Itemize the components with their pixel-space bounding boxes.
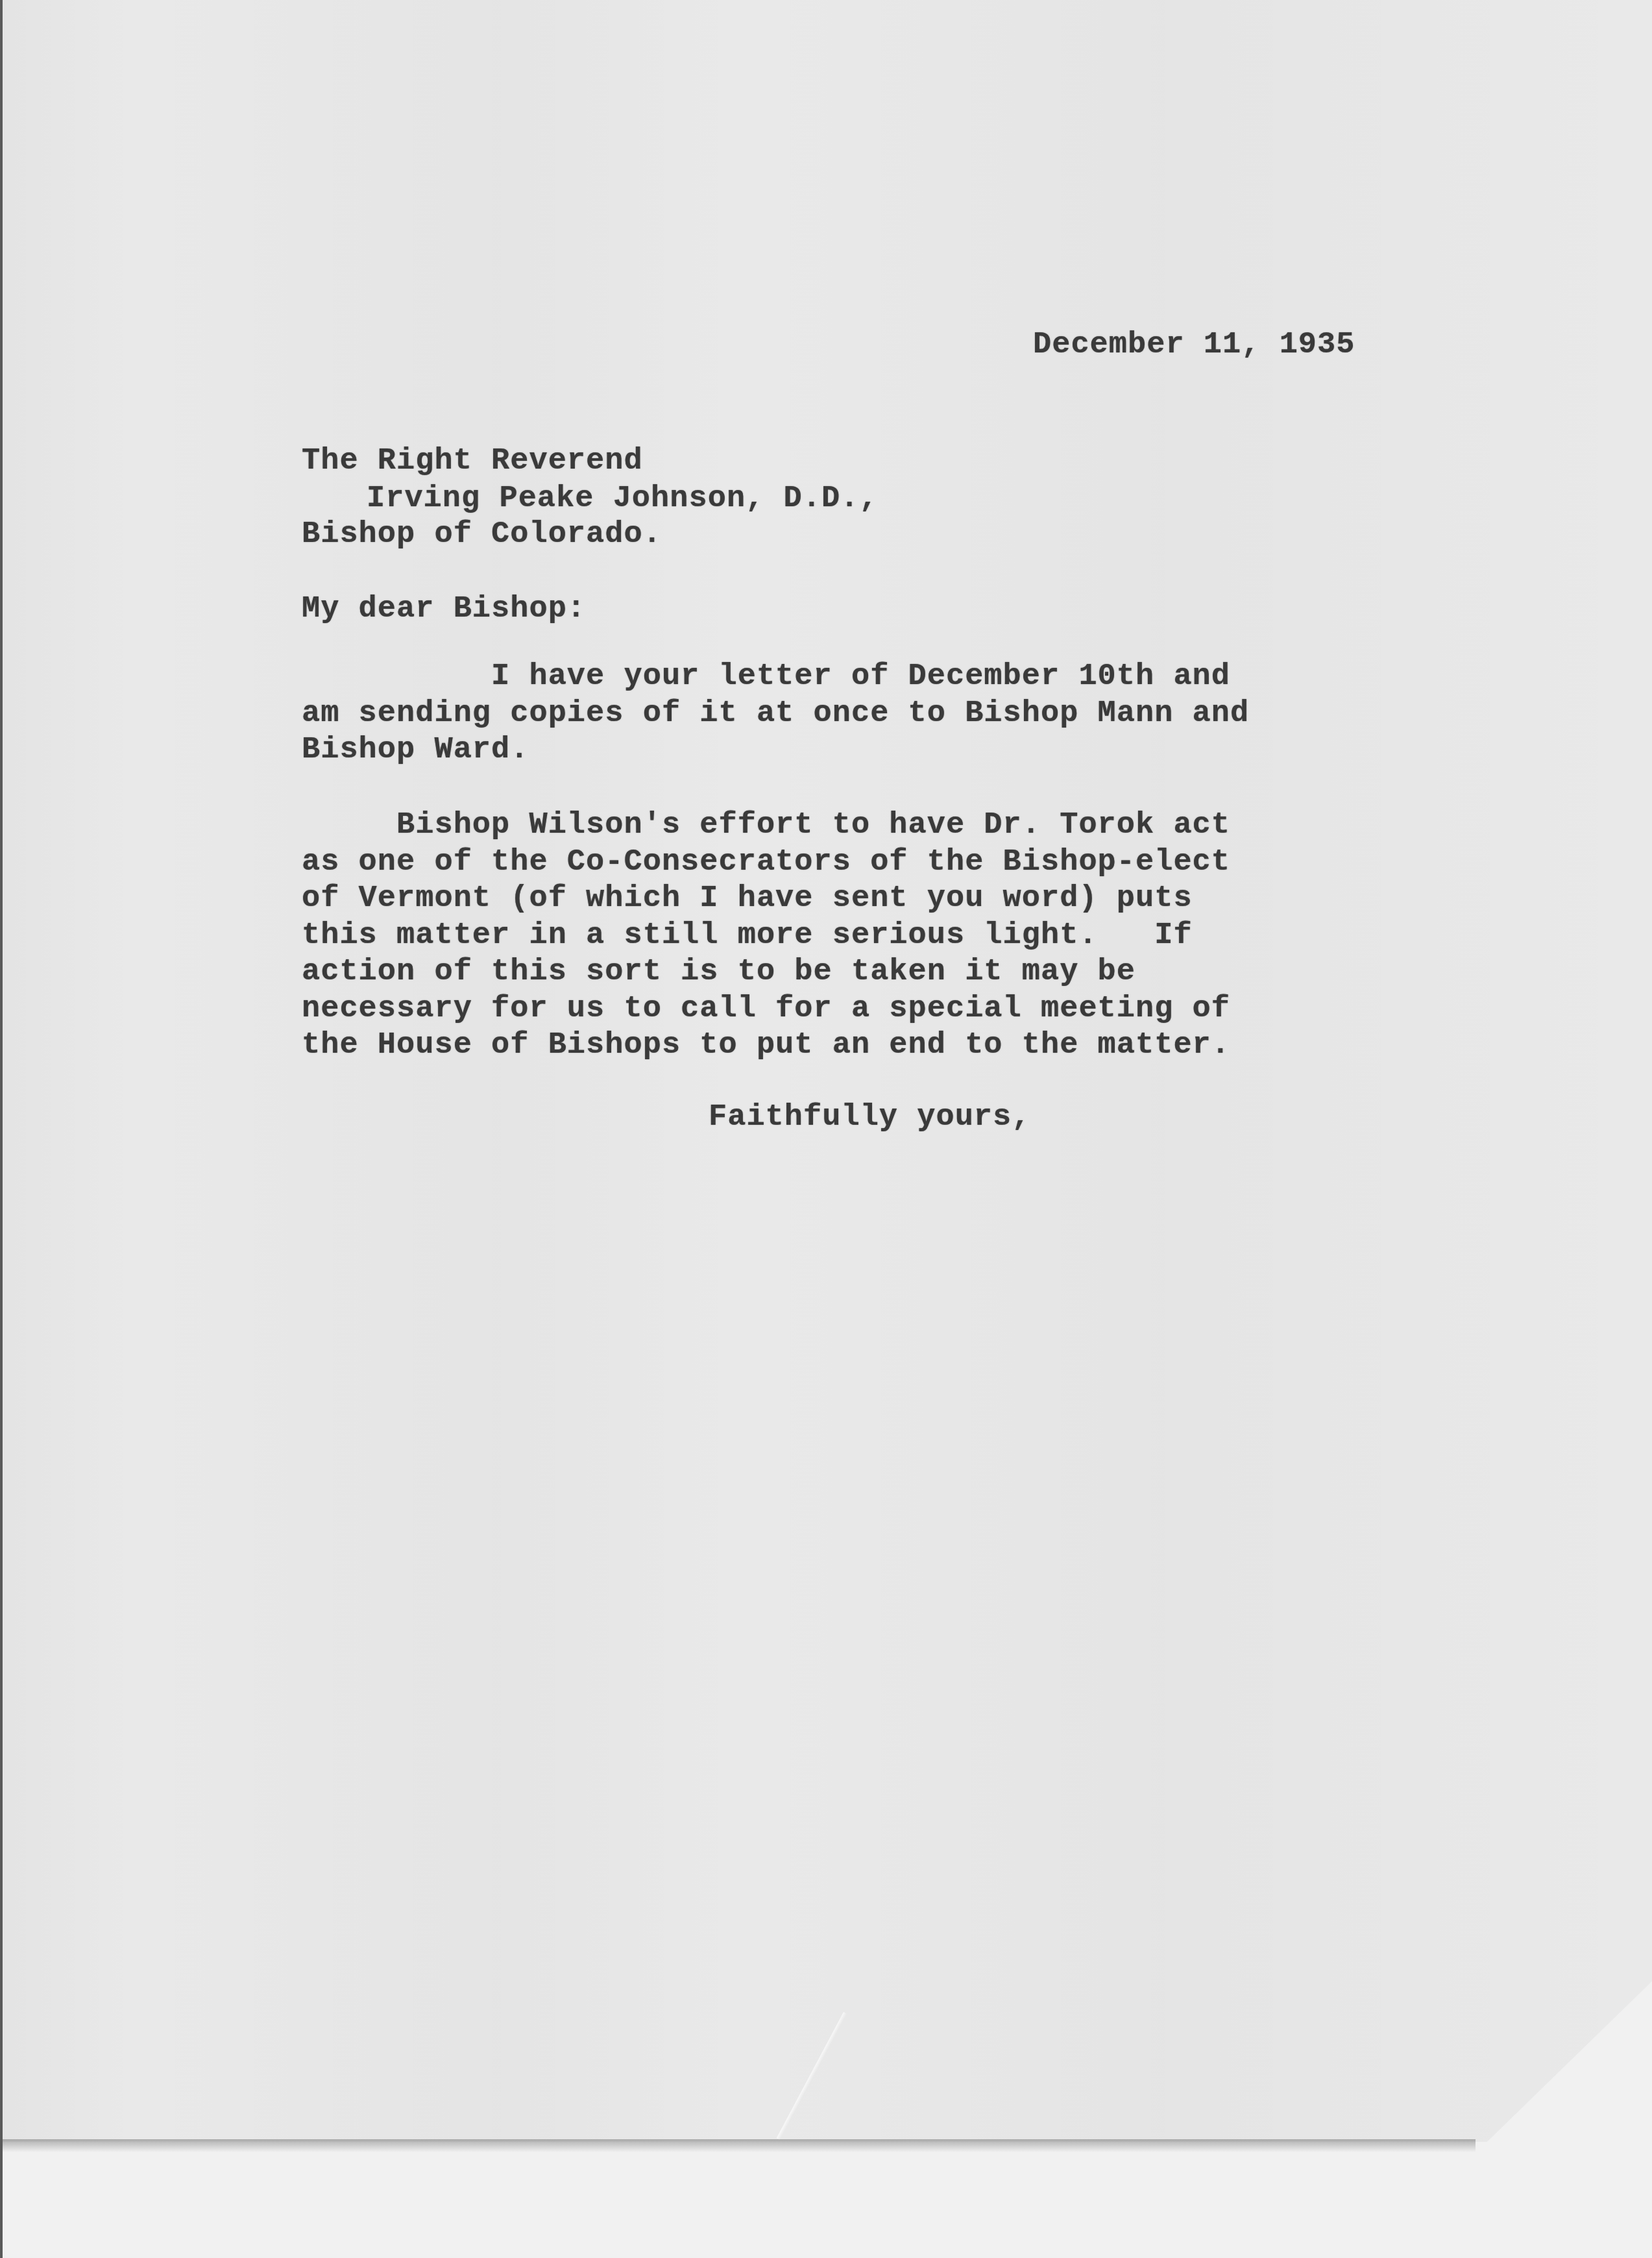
page-bottom-shadow — [3, 2139, 1476, 2152]
letter-date: December 11, 1935 — [1033, 328, 1355, 363]
body-paragraph-1: I have your letter of December 10th and … — [302, 659, 1249, 769]
body-paragraph-2: Bishop Wilson's effort to have Dr. Torok… — [302, 807, 1230, 1064]
salutation: My dear Bishop: — [302, 592, 586, 627]
letter-page — [3, 0, 1652, 2142]
scanner-edge-line — [0, 0, 3, 2258]
closing: Faithfully yours, — [709, 1100, 1030, 1135]
recipient-office: Bishop of Colorado. — [302, 517, 662, 552]
recipient-title: The Right Reverend — [302, 444, 643, 479]
recipient-name: Irving Peake Johnson, D.D., — [367, 482, 879, 517]
